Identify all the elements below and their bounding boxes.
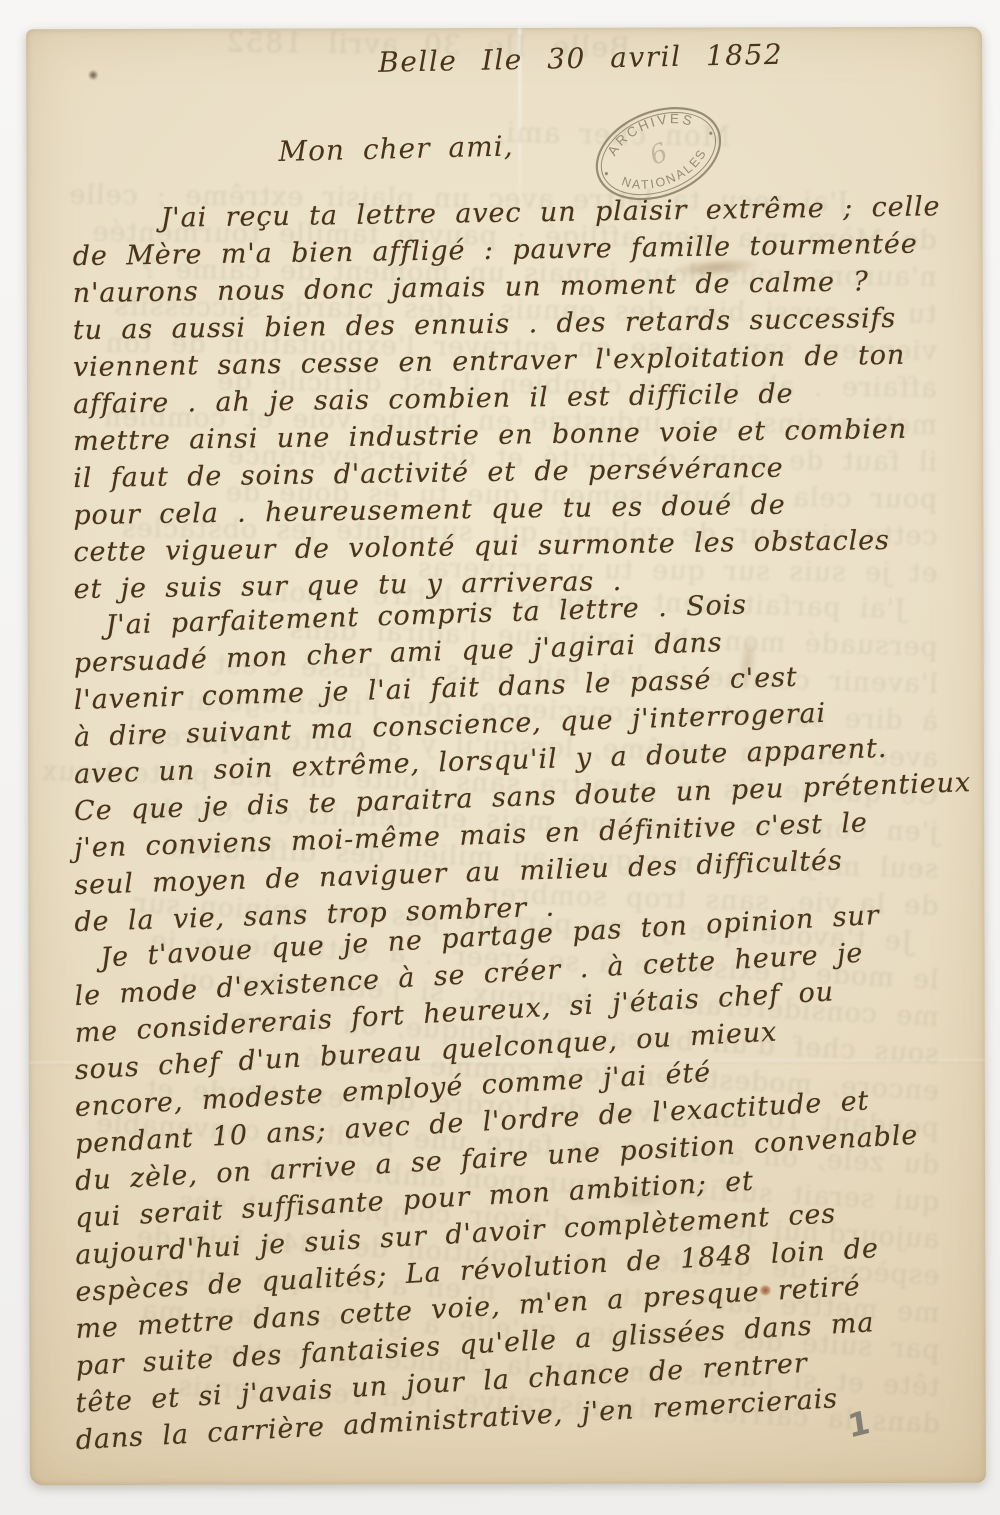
paragraph-1: J'ai reçu ta lettre avec un plaisir extr… <box>73 199 974 608</box>
stamp-separator-dot: • <box>601 167 612 181</box>
paragraph-3: Je t'avoue que je ne partage pas ton opi… <box>74 939 975 1459</box>
letter-body: J'ai reçu ta lettre avec un plaisir extr… <box>73 199 976 1459</box>
dateline: Belle Ile 30 avril 1852 <box>378 38 784 79</box>
stamp-center-numeral: 6 <box>646 138 672 172</box>
letter-paper: Belle Ile 30 avril 1852 Mon cher ami, J'… <box>26 27 986 1485</box>
archives-nationales-stamp: ARCHIVES NATIONALES 6 • • <box>573 89 743 217</box>
salutation: Mon cher ami, <box>278 130 514 169</box>
paragraph-2: J'ai parfaitement compris ta lettre . So… <box>74 606 975 941</box>
manuscript: Belle Ile 30 avril 1852 Mon cher ami, J'… <box>26 27 986 1485</box>
